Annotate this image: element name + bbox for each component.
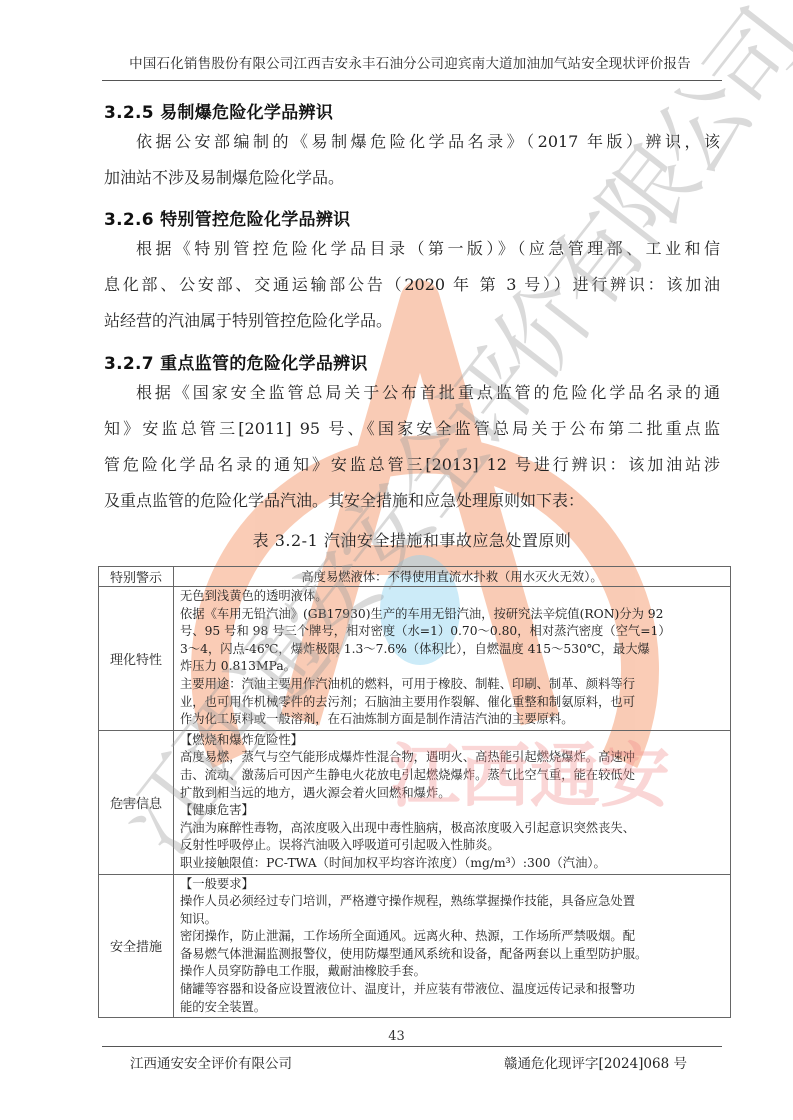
gasoline-safety-table: 特别警示 高度易燃液体：不得使用直流水扑救（用水灭火无效）。 理化特性 无色到浅… bbox=[98, 566, 731, 1018]
cell-line: 主要用途：汽油主要用作汽油机的燃料，可用于橡胶、制鞋、印刷、制革、颜料等行 bbox=[180, 676, 724, 694]
paragraph-line: 依据公安部编制的《易制爆危险化学品名录》（2017 年版）辨识，该 bbox=[104, 124, 720, 160]
row-content: 高度易燃液体：不得使用直流水扑救（用水灭火无效）。 bbox=[174, 567, 731, 587]
footer-doc-number: 赣通危化现评字[2024]068 号 bbox=[504, 1052, 687, 1072]
paragraph-line: 站经营的汽油属于特别管控危险化学品。 bbox=[104, 303, 720, 339]
cell-line: 3～4，闪点-46℃，爆炸极限 1.3～7.6%（体积比），自燃温度 415～5… bbox=[180, 641, 724, 659]
cell-line: 能的安全装置。 bbox=[180, 999, 724, 1017]
cell-line: 汽油为麻醉性毒物，高浓度吸入出现中毒性脑病，极高浓度吸入引起意识突然丧失、 bbox=[180, 820, 724, 838]
cell-line: 炸压力 0.813MPa。 bbox=[180, 658, 724, 676]
cell-line: 备易燃气体泄漏监测报警仪，使用防爆型通风系统和设备，配备两套以上重型防护服。 bbox=[180, 946, 724, 964]
cell-line: 知识。 bbox=[180, 911, 724, 929]
paragraph-line: 知》安监总管三[2011] 95 号、《国家安全监管总局关于公布第二批重点监 bbox=[104, 411, 720, 447]
table-row: 理化特性 无色到浅黄色的透明液体。 依据《车用无铅汽油》(GB17930)生产的… bbox=[99, 587, 731, 731]
table-caption: 表 3.2-1 汽油安全措施和事故应急处置原则 bbox=[104, 528, 720, 551]
table-row: 安全措施 【一般要求】 操作人员必须经过专门培训，严格遵守操作规程，熟练掌握操作… bbox=[99, 874, 731, 1018]
document-header-title: 中国石化销售股份有限公司江西吉安永丰石油分公司迎宾南大道加油加气站安全现状评价报… bbox=[100, 52, 720, 72]
document-page: 中国石化销售股份有限公司江西吉安永丰石油分公司迎宾南大道加油加气站安全现状评价报… bbox=[0, 0, 793, 1120]
cell-line: 号、95 号和 98 号三个牌号，相对密度（水=1）0.70～0.80，相对蒸汽… bbox=[180, 623, 724, 641]
cell-line: 反射性呼吸停止。误将汽油吸入呼吸道可引起吸入性肺炎。 bbox=[180, 837, 724, 855]
section-paragraph-3-2-5: 依据公安部编制的《易制爆危险化学品名录》（2017 年版）辨识，该 加油站不涉及… bbox=[104, 124, 720, 196]
section-heading-3-2-5: 3.2.5 易制爆危险化学品辨识 bbox=[104, 98, 333, 123]
cell-line: 高度易燃，蒸气与空气能形成爆炸性混合物，遇明火、高热能引起燃烧爆炸。高速冲 bbox=[180, 749, 724, 767]
cell-line: 【一般要求】 bbox=[180, 876, 724, 894]
cell-line: 扩散到相当远的地方，遇火源会着火回燃和爆炸。 bbox=[180, 785, 724, 803]
row-label: 特别警示 bbox=[99, 567, 174, 587]
section-paragraph-3-2-7: 根据《国家安全监管总局关于公布首批重点监管的危险化学品名录的通 知》安监总管三[… bbox=[104, 375, 720, 519]
row-label: 安全措施 bbox=[99, 874, 174, 1018]
table-row: 特别警示 高度易燃液体：不得使用直流水扑救（用水灭火无效）。 bbox=[99, 567, 731, 587]
paragraph-line: 及重点监管的危险化学品汽油。其安全措施和应急处理原则如下表： bbox=[104, 483, 720, 519]
cell-line: 依据《车用无铅汽油》(GB17930)生产的车用无铅汽油，按研究法辛烷值(RON… bbox=[180, 606, 724, 624]
row-label: 危害信息 bbox=[99, 730, 174, 874]
cell-line: 作为化工原料或一般溶剂，在石油炼制方面是制作清洁汽油的主要原料。 bbox=[180, 711, 724, 729]
footer-divider bbox=[102, 1046, 722, 1047]
footer-company: 江西通安安全评价有限公司 bbox=[130, 1052, 292, 1072]
paragraph-line: 管危险化学品名录的通知》安监总管三[2013] 12 号进行辨识：该加油站涉 bbox=[104, 447, 720, 483]
row-content: 【燃烧和爆炸危险性】 高度易燃，蒸气与空气能形成爆炸性混合物，遇明火、高热能引起… bbox=[174, 730, 731, 874]
cell-line: 业，也可用作机械零件的去污剂；石脑油主要用作裂解、催化重整和制氨原料，也可 bbox=[180, 694, 724, 712]
paragraph-line: 息化部、公安部、交通运输部公告（2020 年 第 3 号））进行辨识：该加油 bbox=[104, 267, 720, 303]
header-divider bbox=[102, 80, 722, 81]
cell-line: 操作人员穿防静电工作服，戴耐油橡胶手套。 bbox=[180, 963, 724, 981]
section-paragraph-3-2-6: 根据《特别管控危险化学品目录（第一版）》（应急管理部、工业和信 息化部、公安部、… bbox=[104, 231, 720, 339]
table-row: 危害信息 【燃烧和爆炸危险性】 高度易燃，蒸气与空气能形成爆炸性混合物，遇明火、… bbox=[99, 730, 731, 874]
cell-line: 储罐等容器和设备应设置液位计、温度计，并应装有带液位、温度远传记录和报警功 bbox=[180, 981, 724, 999]
row-label: 理化特性 bbox=[99, 587, 174, 731]
cell-line: 【燃烧和爆炸危险性】 bbox=[180, 732, 724, 750]
paragraph-line: 根据《国家安全监管总局关于公布首批重点监管的危险化学品名录的通 bbox=[104, 375, 720, 411]
paragraph-line: 加油站不涉及易制爆危险化学品。 bbox=[104, 160, 720, 196]
cell-line: 【健康危害】 bbox=[180, 802, 724, 820]
cell-line: 击、流动、激荡后可因产生静电火花放电引起燃烧爆炸。蒸气比空气重，能在较低处 bbox=[180, 767, 724, 785]
section-heading-3-2-7: 3.2.7 重点监管的危险化学品辨识 bbox=[104, 349, 368, 374]
row-content: 无色到浅黄色的透明液体。 依据《车用无铅汽油》(GB17930)生产的车用无铅汽… bbox=[174, 587, 731, 731]
cell-line: 操作人员必须经过专门培训，严格遵守操作规程，熟练掌握操作技能，具备应急处置 bbox=[180, 893, 724, 911]
cell-line: 职业接触限值：PC-TWA（时间加权平均容许浓度）（mg/m³）:300（汽油）… bbox=[180, 855, 724, 873]
section-heading-3-2-6: 3.2.6 特别管控危险化学品辨识 bbox=[104, 205, 350, 230]
cell-line: 密闭操作，防止泄漏，工作场所全面通风。远离火种、热源，工作场所严禁吸烟。配 bbox=[180, 928, 724, 946]
page-number: 43 bbox=[0, 1029, 793, 1044]
cell-line: 无色到浅黄色的透明液体。 bbox=[180, 588, 724, 606]
row-content: 【一般要求】 操作人员必须经过专门培训，严格遵守操作规程，熟练掌握操作技能，具备… bbox=[174, 874, 731, 1018]
paragraph-line: 根据《特别管控危险化学品目录（第一版）》（应急管理部、工业和信 bbox=[104, 231, 720, 267]
